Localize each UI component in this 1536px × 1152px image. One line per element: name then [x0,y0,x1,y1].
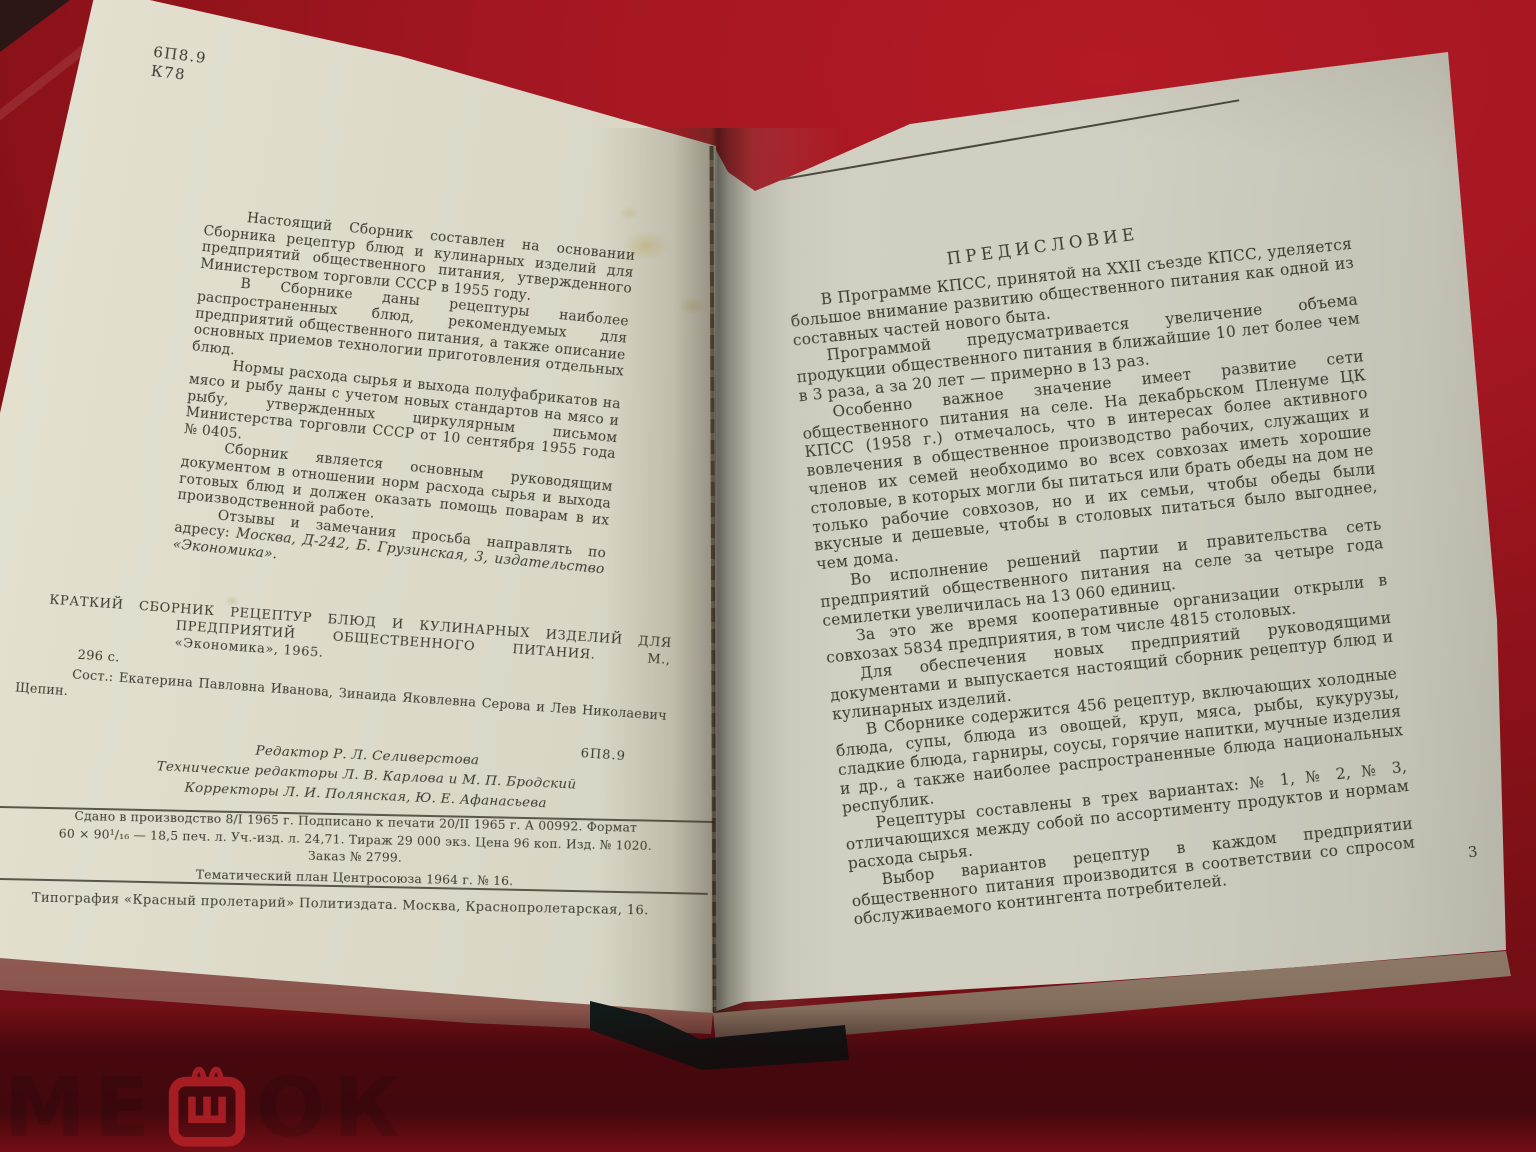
printing-house-line: Типография «Красный пролетарий» Политизд… [6,890,732,920]
spacer [595,659,647,663]
shopping-bag-icon [164,1054,250,1150]
annotation-block: Настоящий Сборник составлен на основании… [172,206,636,595]
bibliography-block: КРАТКИЙ СБОРНИК РЕЦЕПТУР БЛЮД И КУЛИНАРН… [17,590,673,768]
page-number: 3 [1467,842,1479,861]
catalog-code: 6П8.9 К78 [150,43,208,87]
colophon-block: Сдано в производство 8/I 1965 г. Подписа… [0,806,730,895]
watermark-letters-left: МЕ [4,1068,158,1150]
marketplace-watermark: МЕ ОК [4,1030,408,1150]
watermark-letters-right: ОК [256,1068,409,1150]
preface-text-block: В Программе КПСС, принятой на XXII съезд… [788,235,1418,930]
photo-of-open-book: 6П8.9 К78 Настоящий Сборник составлен на… [0,0,1536,1152]
